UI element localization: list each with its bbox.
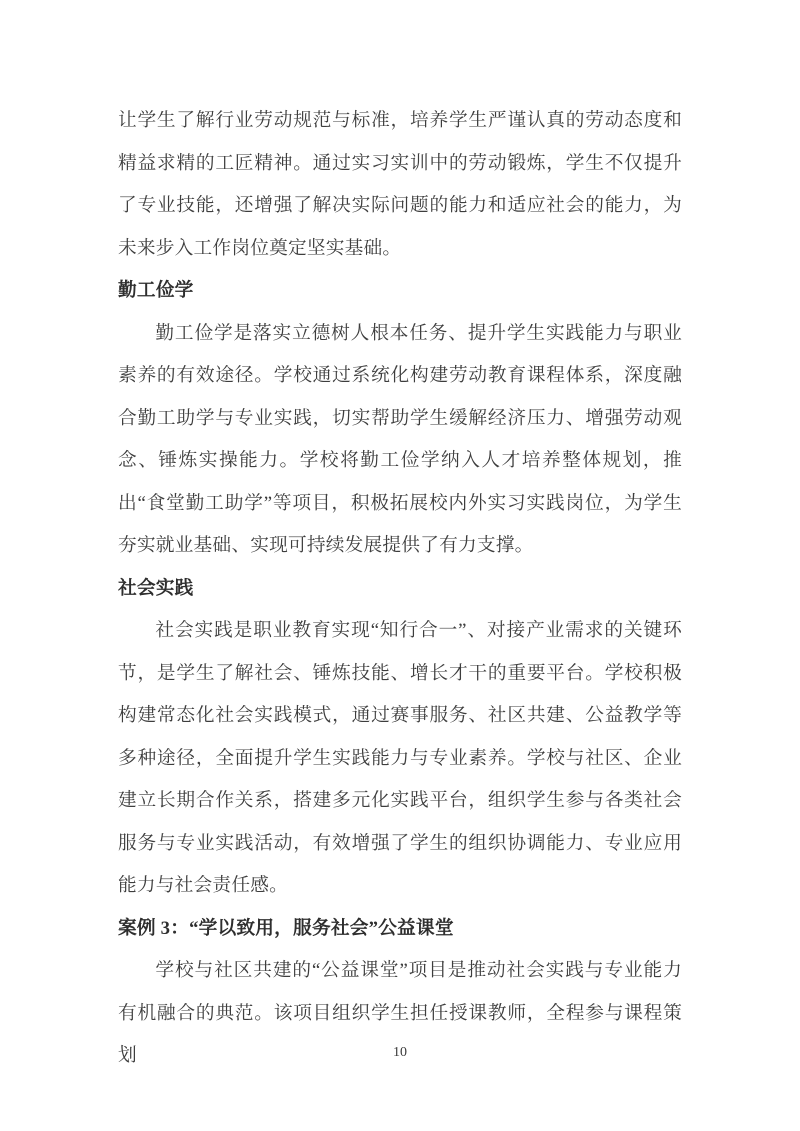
body-paragraph: 社会实践是职业教育实现“知行合一”、对接产业需求的关键环节，是学生了解社会、锤炼… <box>118 610 682 908</box>
section-heading: 案例 3：“学以致用，服务社会”公益课堂 <box>118 908 682 951</box>
body-paragraph: 让学生了解行业劳动规范与标准，培养学生严谨认真的劳动态度和精益求精的工匠精神。通… <box>118 100 682 270</box>
page-number: 10 <box>0 1044 800 1062</box>
section-heading: 勤工俭学 <box>118 270 682 313</box>
document-page: 让学生了解行业劳动规范与标准，培养学生严谨认真的劳动态度和精益求精的工匠精神。通… <box>0 0 800 1131</box>
document-body: 让学生了解行业劳动规范与标准，培养学生严谨认真的劳动态度和精益求精的工匠精神。通… <box>118 100 682 1078</box>
body-paragraph: 勤工俭学是落实立德树人根本任务、提升学生实践能力与职业素养的有效途径。学校通过系… <box>118 313 682 568</box>
section-heading: 社会实践 <box>118 568 682 611</box>
